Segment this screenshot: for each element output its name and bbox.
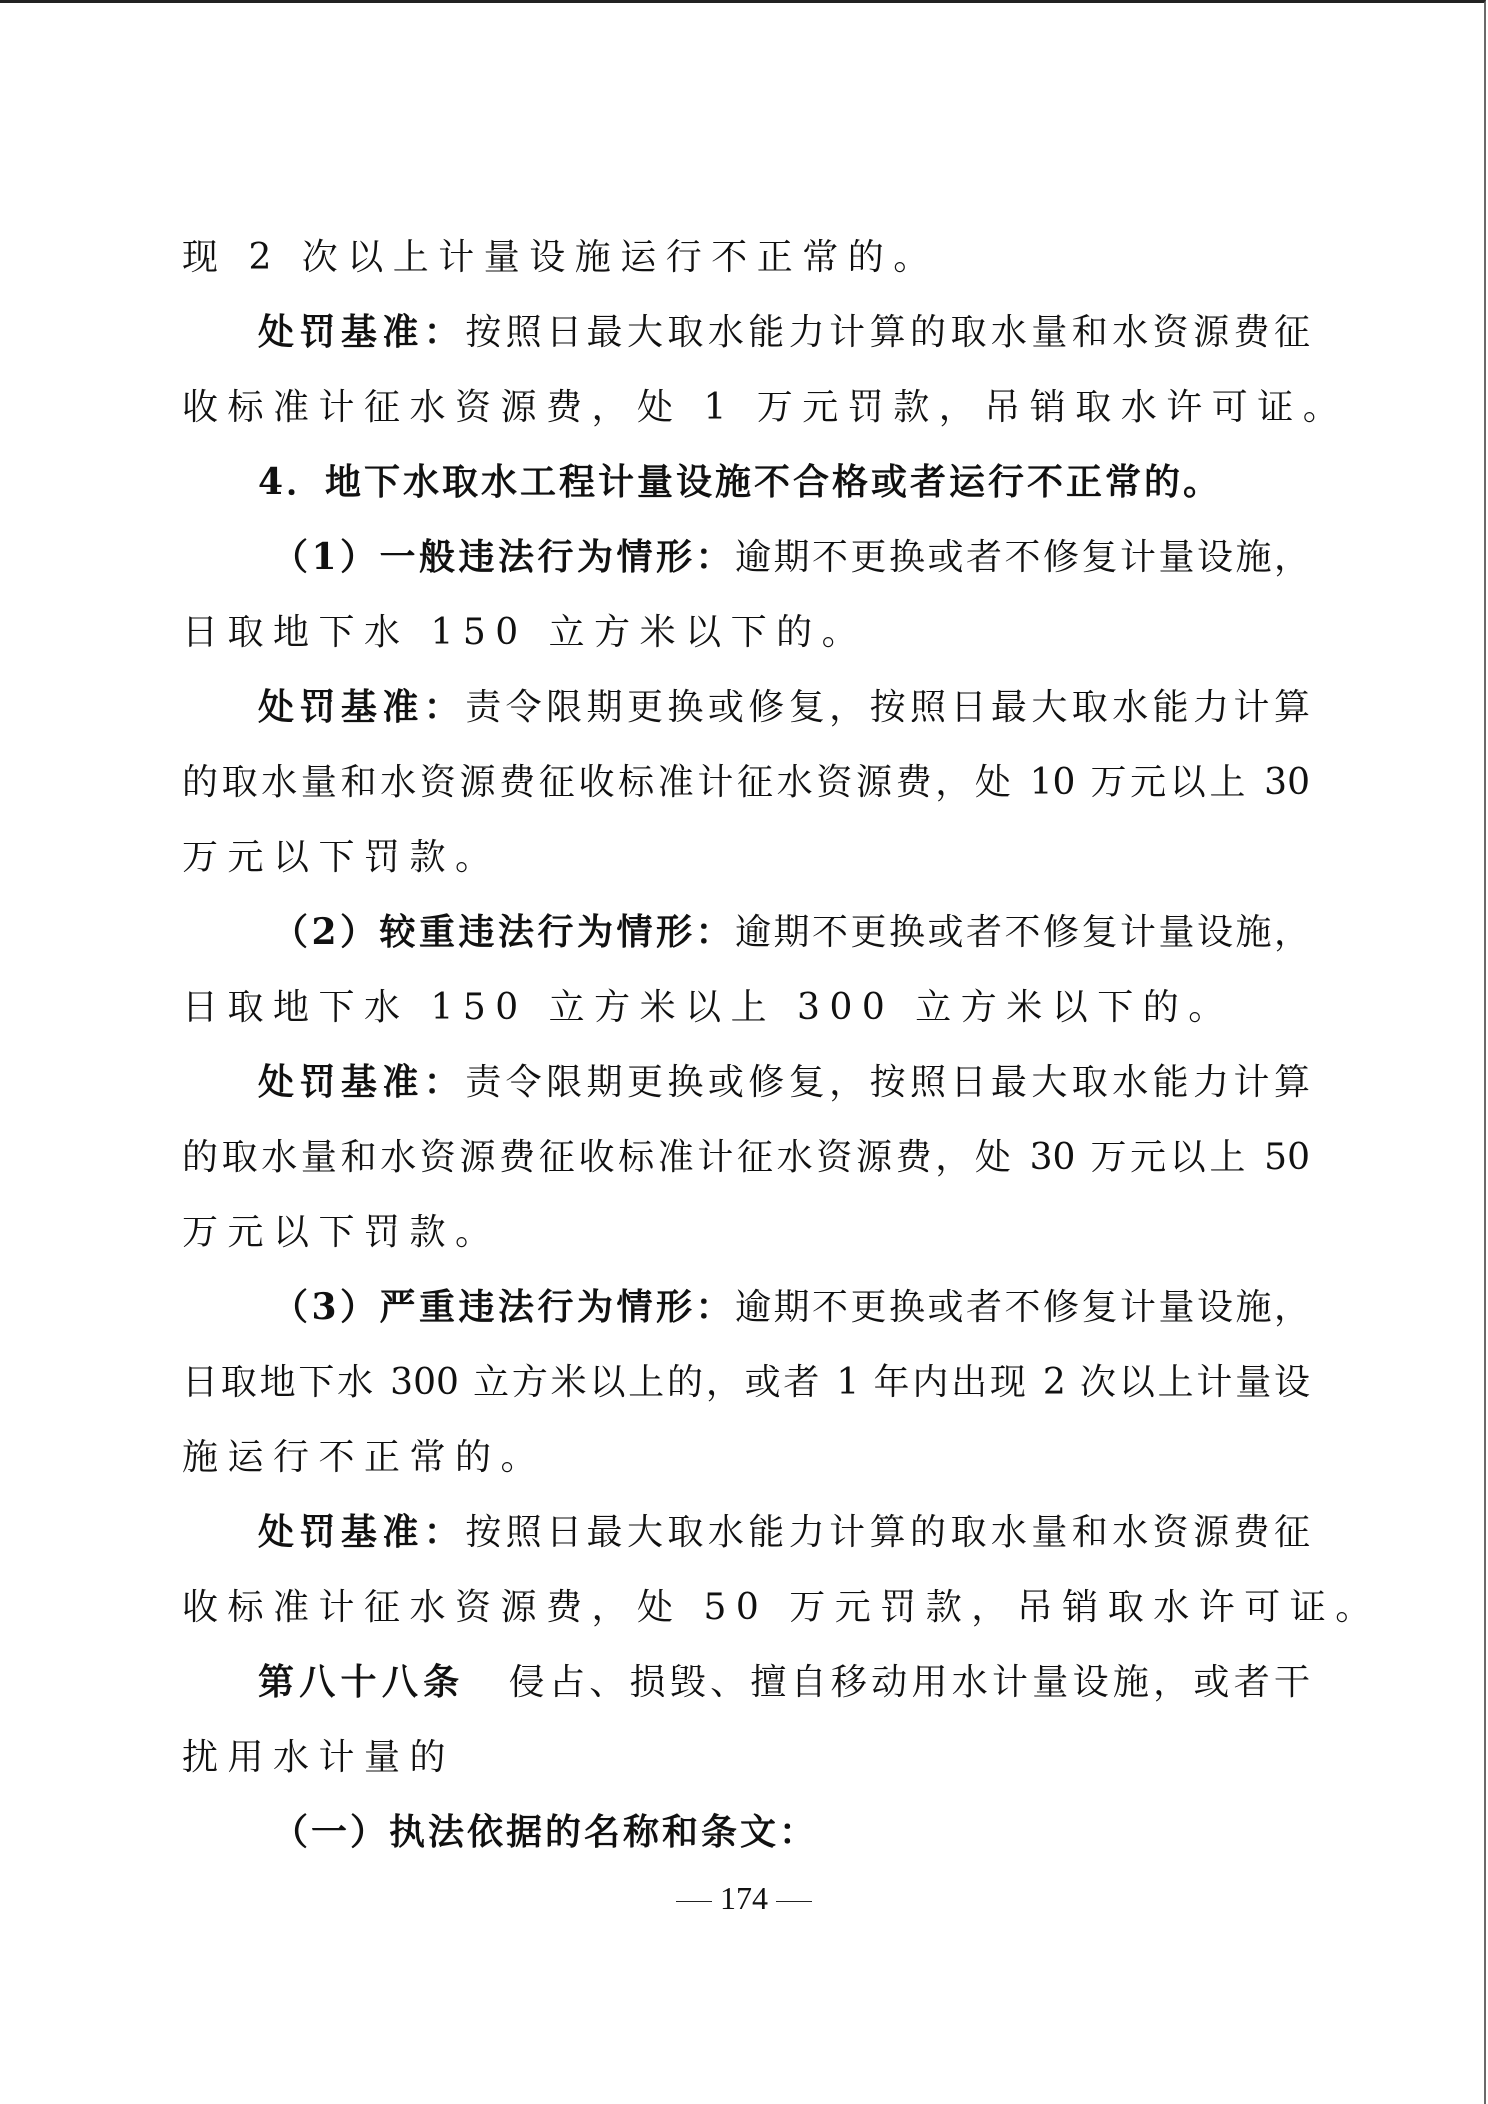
body-text: 按照日最大取水能力计算的取水量和水资源费征	[465, 312, 1310, 353]
article-number: 第八十八条	[258, 1661, 464, 1703]
penalty-standard-label: 处罚基准：	[258, 1061, 465, 1103]
paragraph-continuation: 现 2 次以上计量设施运行不正常的。	[182, 220, 1310, 295]
body-text: 日取地下水 150 立方米以上 300 立方米以下的。	[182, 987, 1234, 1028]
body-text: 逾期不更换或者不修复计量设施，	[735, 537, 1310, 578]
body-text: 逾期不更换或者不修复计量设施，	[735, 1287, 1310, 1328]
paragraph-line: 万元以下罚款。	[182, 820, 1310, 895]
body-text: 万元以下罚款。	[182, 837, 501, 878]
penalty-standard-paragraph: 处罚基准：按照日最大取水能力计算的取水量和水资源费征	[182, 295, 1310, 370]
paragraph-line: 施运行不正常的。	[182, 1420, 1310, 1495]
body-text: 万元以下罚款。	[182, 1212, 501, 1253]
body-text: 日取地下水 300 立方米以上的，或者 1 年内出现 2 次以上计量设	[182, 1362, 1310, 1403]
violation-case-label: （2）较重违法行为情形：	[272, 911, 735, 953]
violation-case-paragraph: （3）严重违法行为情形：逾期不更换或者不修复计量设施，	[182, 1270, 1310, 1345]
penalty-standard-paragraph: 处罚基准：责令限期更换或修复，按照日最大取水能力计算	[182, 670, 1310, 745]
paragraph-line: 的取水量和水资源费征收标准计征水资源费，处 30 万元以上 50	[182, 1120, 1310, 1195]
body-text: 按照日最大取水能力计算的取水量和水资源费征	[465, 1512, 1310, 1553]
penalty-standard-paragraph: 处罚基准：责令限期更换或修复，按照日最大取水能力计算	[182, 1045, 1310, 1120]
body-text: 现 2 次以上计量设施运行不正常的。	[182, 237, 939, 278]
paragraph-line: 收标准计征水资源费，处 1 万元罚款，吊销取水许可证。	[182, 370, 1310, 445]
section-heading: 4．地下水取水工程计量设施不合格或者运行不正常的。	[182, 445, 1310, 520]
subsection-heading: （一）执法依据的名称和条文：	[182, 1795, 1310, 1870]
body-text: 收标准计征水资源费，处 50 万元罚款，吊销取水许可证。	[182, 1587, 1381, 1628]
body-text: 收标准计征水资源费，处 1 万元罚款，吊销取水许可证。	[182, 387, 1348, 428]
right-dash-decoration	[776, 1901, 812, 1902]
left-dash-decoration	[676, 1901, 712, 1902]
body-text: 责令限期更换或修复，按照日最大取水能力计算	[465, 1062, 1310, 1103]
document-body: 现 2 次以上计量设施运行不正常的。 处罚基准：按照日最大取水能力计算的取水量和…	[182, 220, 1310, 1870]
penalty-standard-label: 处罚基准：	[258, 686, 465, 728]
penalty-standard-label: 处罚基准：	[258, 311, 465, 353]
paragraph-line: 日取地下水 150 立方米以上 300 立方米以下的。	[182, 970, 1310, 1045]
article-paragraph: 第八十八条侵占、损毁、擅自移动用水计量设施，或者干	[182, 1645, 1310, 1720]
paragraph-line: 日取地下水 300 立方米以上的，或者 1 年内出现 2 次以上计量设	[182, 1345, 1310, 1420]
section-heading-text: 4．地下水取水工程计量设施不合格或者运行不正常的。	[258, 461, 1222, 503]
body-text: 施运行不正常的。	[182, 1437, 546, 1478]
penalty-standard-label: 处罚基准：	[258, 1511, 465, 1553]
page-number: 174	[720, 1880, 768, 1916]
violation-case-label: （3）严重违法行为情形：	[272, 1286, 735, 1328]
body-text: 的取水量和水资源费征收标准计征水资源费，处 10 万元以上 30	[182, 762, 1310, 803]
body-text: 逾期不更换或者不修复计量设施，	[735, 912, 1310, 953]
body-text: 侵占、损毁、擅自移动用水计量设施，或者干	[504, 1662, 1310, 1703]
paragraph-line: 万元以下罚款。	[182, 1195, 1310, 1270]
page-number-footer: 174	[0, 1880, 1488, 1917]
body-text: 责令限期更换或修复，按照日最大取水能力计算	[465, 687, 1310, 728]
subsection-heading-text: （一）执法依据的名称和条文：	[272, 1811, 818, 1853]
violation-case-paragraph: （2）较重违法行为情形：逾期不更换或者不修复计量设施，	[182, 895, 1310, 970]
violation-case-label: （1）一般违法行为情形：	[272, 536, 735, 578]
body-text: 日取地下水 150 立方米以下的。	[182, 612, 867, 653]
body-text: 扰用水计量的	[182, 1737, 455, 1778]
penalty-standard-paragraph: 处罚基准：按照日最大取水能力计算的取水量和水资源费征	[182, 1495, 1310, 1570]
body-text: 的取水量和水资源费征收标准计征水资源费，处 30 万元以上 50	[182, 1137, 1310, 1178]
paragraph-line: 日取地下水 150 立方米以下的。	[182, 595, 1310, 670]
violation-case-paragraph: （1）一般违法行为情形：逾期不更换或者不修复计量设施，	[182, 520, 1310, 595]
paragraph-line: 扰用水计量的	[182, 1720, 1310, 1795]
paragraph-line: 收标准计征水资源费，处 50 万元罚款，吊销取水许可证。	[182, 1570, 1310, 1645]
paragraph-line: 的取水量和水资源费征收标准计征水资源费，处 10 万元以上 30	[182, 745, 1310, 820]
